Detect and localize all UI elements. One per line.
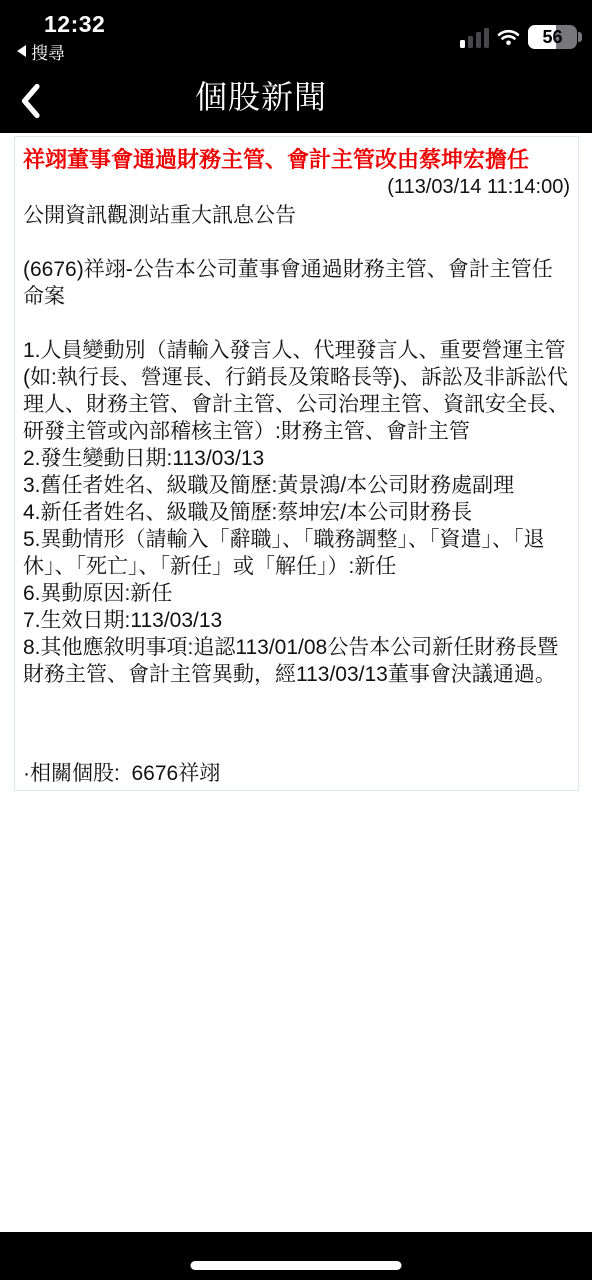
wifi-icon — [497, 28, 520, 46]
related-stocks-link[interactable]: ·相關個股: 6676祥翊 — [23, 760, 570, 787]
article-body-line: (6676)祥翊-公告本公司董事會通過財務主管、會計主管任命案 — [23, 256, 570, 310]
back-triangle-icon — [17, 45, 26, 57]
article-body-line: 5.異動情形（請輸入「辭職」、「職務調整」、「資遣」、「退休」、「死亡」、「新任… — [23, 526, 570, 580]
status-icons: 56 — [460, 24, 582, 50]
article-body-line: 公開資訊觀測站重大訊息公告 — [23, 202, 570, 229]
article-body-line: 7.生效日期:113/03/13 — [23, 607, 570, 634]
battery-nub — [578, 32, 582, 42]
article-timestamp: (113/03/14 11:14:00) — [23, 176, 570, 198]
back-to-app-button[interactable]: 搜尋 — [17, 40, 65, 62]
article-body-line: 2.發生變動日期:113/03/13 — [23, 445, 570, 472]
article-body-line: 8.其他應敘明事項:追認113/01/08公告本公司新任財務長暨財務主管、會計主… — [23, 634, 570, 688]
spacer — [23, 688, 570, 760]
article-body-line: 4.新任者姓名、級職及簡歷:蔡坤宏/本公司財務長 — [23, 499, 570, 526]
cellular-signal-icon — [460, 27, 489, 48]
battery-percent: 56 — [528, 25, 577, 49]
article-body-line — [23, 310, 570, 337]
article-body-line: 6.異動原因:新任 — [23, 580, 570, 607]
article-body-line — [23, 229, 570, 256]
phone-screen: 12:32 搜尋 56 — [0, 0, 592, 1280]
top-bar: 12:32 搜尋 56 — [0, 0, 592, 133]
page-title: 個股新聞 — [0, 72, 522, 118]
article-body-line: 1.人員變動別（請輸入發言人、代理發言人、重要營運主管(如:執行長、營運長、行銷… — [23, 337, 570, 445]
article-headline: 祥翊董事會通過財務主管、會計主管改由蔡坤宏擔任 — [23, 146, 570, 174]
battery-icon: 56 — [528, 25, 582, 49]
bottom-bar — [0, 1232, 592, 1280]
article-body: 公開資訊觀測站重大訊息公告(6676)祥翊-公告本公司董事會通過財務主管、會計主… — [23, 202, 570, 688]
home-indicator[interactable] — [191, 1261, 402, 1270]
article-body-line: 3.舊任者姓名、級職及簡歷:黃景鴻/本公司財務處副理 — [23, 472, 570, 499]
status-time: 12:32 — [44, 11, 105, 38]
article-card: 祥翊董事會通過財務主管、會計主管改由蔡坤宏擔任 (113/03/14 11:14… — [14, 136, 579, 791]
back-to-app-label: 搜尋 — [31, 39, 65, 64]
